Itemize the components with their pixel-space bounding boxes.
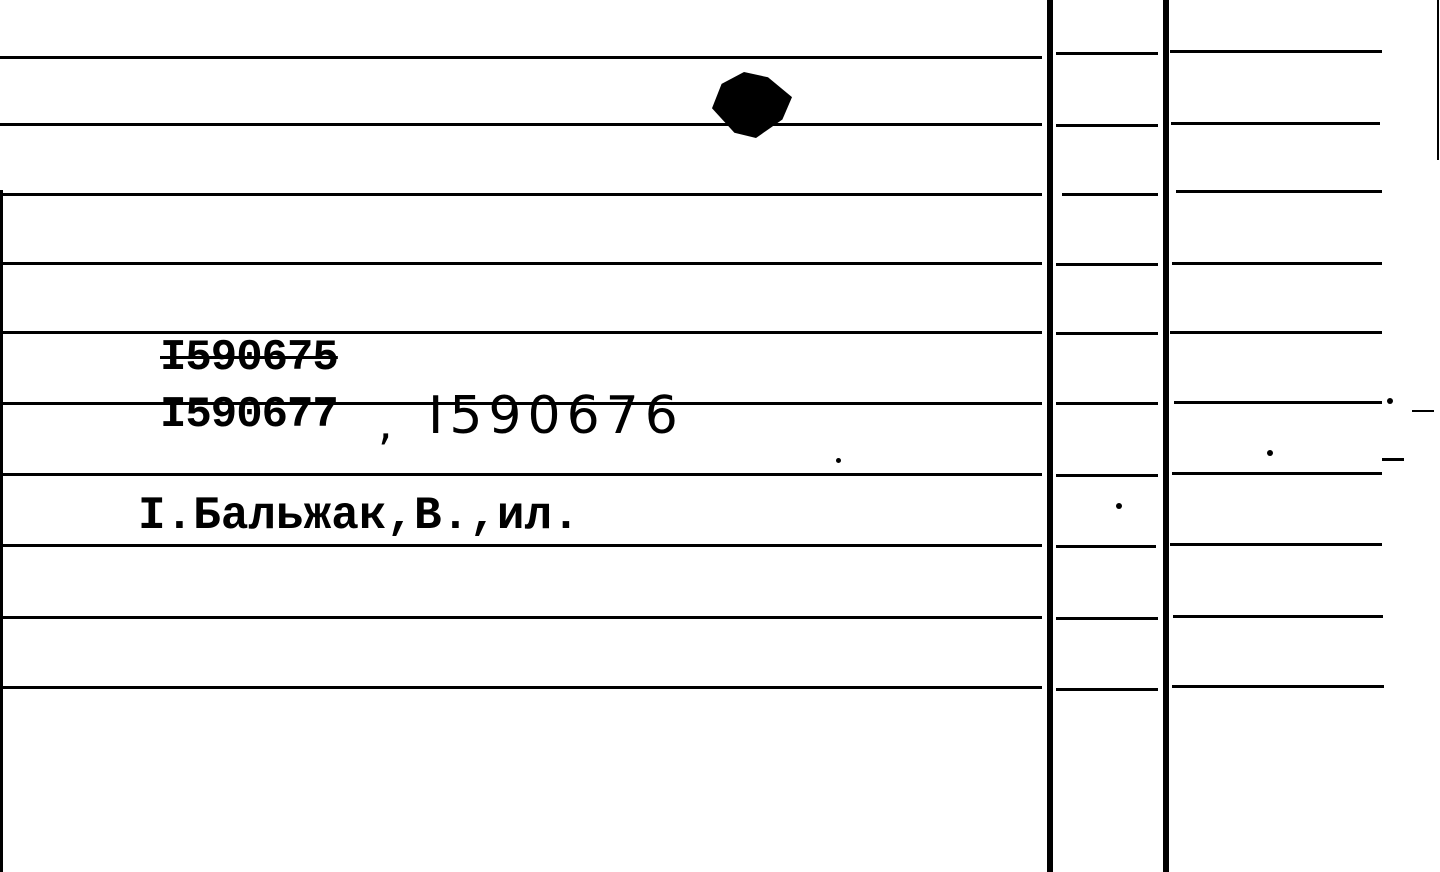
card-edge bbox=[0, 190, 3, 872]
ruled-line bbox=[0, 193, 1042, 196]
ruled-line bbox=[1170, 50, 1382, 53]
ruled-line bbox=[0, 544, 1042, 547]
ruled-line bbox=[0, 56, 1042, 59]
ruled-line bbox=[1172, 262, 1382, 265]
ruled-line bbox=[1056, 52, 1158, 55]
ruled-line bbox=[0, 473, 1042, 476]
scan-speck bbox=[1387, 398, 1393, 404]
column-rule bbox=[1163, 0, 1169, 872]
ruled-line bbox=[0, 262, 1042, 265]
subject-entry: I.Бальжак,В.,ил. bbox=[138, 490, 580, 542]
column-rule bbox=[1047, 0, 1053, 872]
ruled-line bbox=[1056, 545, 1156, 548]
number-separator: , bbox=[378, 396, 399, 450]
struck-inventory-number: I590675 bbox=[160, 333, 338, 383]
scan-speck bbox=[1382, 458, 1404, 461]
catalog-card: I590675 I590677 , I590676 I.Бальжак,В.,и… bbox=[0, 0, 1440, 872]
ruled-line bbox=[0, 123, 1042, 126]
ruled-line bbox=[1062, 193, 1158, 196]
ruled-line bbox=[0, 616, 1042, 619]
ruled-line bbox=[1056, 474, 1158, 477]
scan-speck bbox=[1267, 450, 1273, 456]
ruled-line bbox=[1171, 122, 1380, 125]
scan-speck bbox=[836, 458, 841, 463]
card-edge bbox=[1437, 0, 1439, 160]
ruled-line bbox=[1056, 124, 1158, 127]
ruled-line bbox=[1170, 331, 1382, 334]
scan-speck bbox=[1412, 410, 1434, 412]
ruled-line bbox=[1056, 263, 1158, 266]
ruled-line bbox=[1172, 472, 1382, 475]
ruled-line bbox=[1056, 688, 1158, 691]
ruled-line bbox=[1056, 617, 1158, 620]
inventory-number: I590677 bbox=[160, 390, 338, 440]
ruled-line bbox=[1173, 615, 1383, 618]
ruled-line bbox=[1056, 402, 1158, 405]
ruled-line bbox=[1170, 543, 1382, 546]
ruled-line bbox=[1056, 332, 1158, 335]
punch-hole bbox=[712, 72, 792, 138]
ruled-line bbox=[1176, 190, 1382, 193]
ruled-line bbox=[1172, 685, 1384, 688]
handwritten-inventory-number: I590676 bbox=[428, 386, 684, 446]
ruled-line bbox=[0, 331, 1042, 334]
ruled-line bbox=[0, 686, 1042, 689]
scan-speck bbox=[1116, 503, 1122, 509]
ruled-line bbox=[1174, 401, 1382, 404]
